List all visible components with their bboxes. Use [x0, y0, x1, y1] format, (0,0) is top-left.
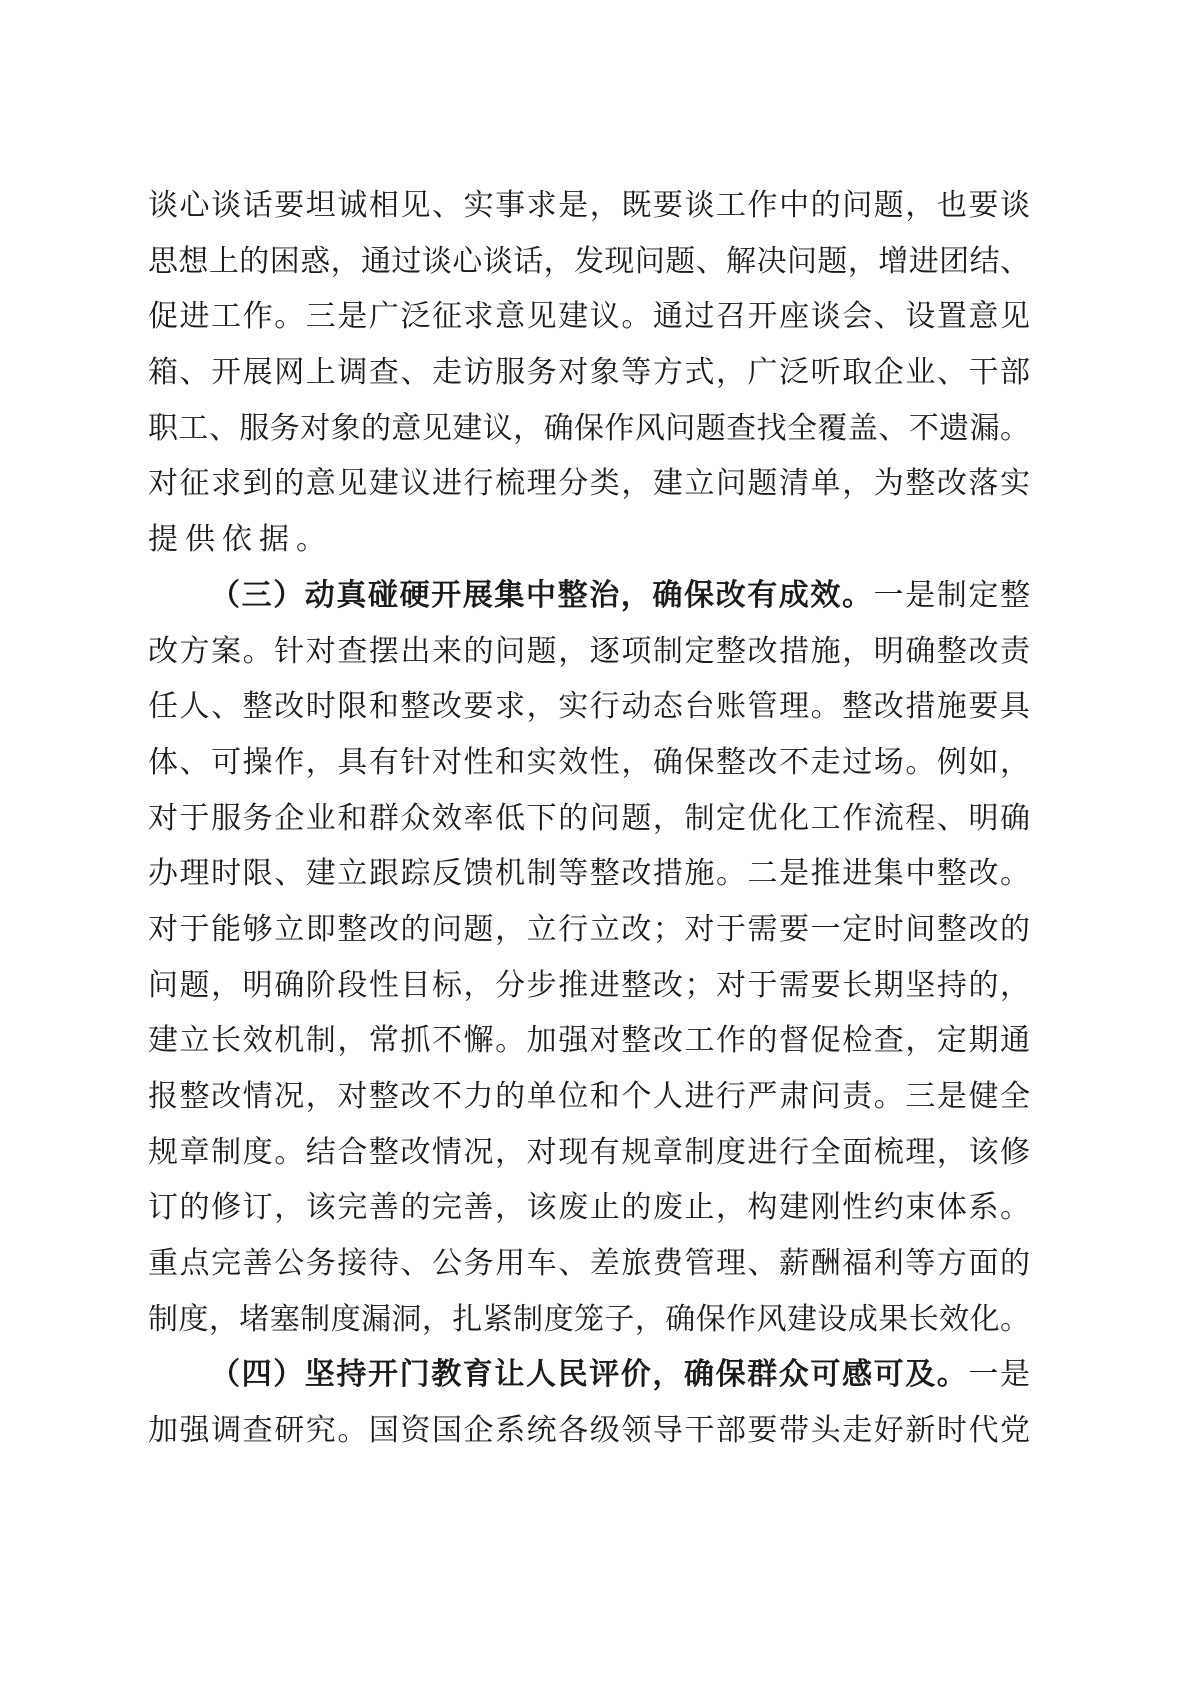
document-page: 谈心谈话要坦诚相见、实事求是，既要谈工作中的问题，也要谈思想上的困惑，通过谈心谈… [0, 0, 1190, 1683]
body-text-run: 体、可操作，具有针对性和实效性，确保整改不走过场。例如， [148, 746, 1030, 779]
body-text-run: 重点完善公务接待、公务用车、差旅费管理、薪酬福利等方面的 [148, 1247, 1030, 1280]
text-line: 提供依据。 [148, 512, 1030, 568]
text-line: 重点完善公务接待、公务用车、差旅费管理、薪酬福利等方面的 [148, 1236, 1030, 1292]
text-line: 思想上的困惑，通过谈心谈话，发现问题、解决问题，增进团结、 [148, 234, 1030, 290]
text-line: 箱、开展网上调查、走访服务对象等方式，广泛听取企业、干部 [148, 345, 1030, 401]
section-heading: （四）坚持开门教育让人民评价，确保群众可感可及。 [210, 1358, 968, 1391]
body-text-run: 谈心谈话要坦诚相见、实事求是，既要谈工作中的问题，也要谈 [148, 189, 1030, 222]
body-text-run: 订的修订，该完善的完善，该废止的废止，构建刚性约束体系。 [148, 1191, 1030, 1224]
text-line: 促进工作。三是广泛征求意见建议。通过召开座谈会、设置意见 [148, 289, 1030, 345]
body-text-run: 对征求到的意见建议进行梳理分类，建立问题清单，为整改落实 [148, 467, 1030, 500]
text-line: 订的修订，该完善的完善，该废止的废止，构建刚性约束体系。 [148, 1180, 1030, 1236]
body-text-run: 一是 [968, 1358, 1030, 1391]
body-text-run: 建立长效机制，常抓不懈。加强对整改工作的督促检查，定期通 [148, 1024, 1030, 1057]
text-line: 改方案。针对查摆出来的问题，逐项制定整改措施，明确整改责 [148, 624, 1030, 680]
text-line: 对于能够立即整改的问题，立行立改；对于需要一定时间整改的 [148, 902, 1030, 958]
body-text-run: 对于能够立即整改的问题，立行立改；对于需要一定时间整改的 [148, 913, 1030, 946]
text-line: 问题，明确阶段性目标，分步推进整改；对于需要长期坚持的， [148, 958, 1030, 1014]
text-line: 任人、整改时限和整改要求，实行动态台账管理。整改措施要具 [148, 679, 1030, 735]
body-text-run: 报整改情况，对整改不力的单位和个人进行严肃问责。三是健全 [148, 1080, 1030, 1113]
document-text-block: 谈心谈话要坦诚相见、实事求是，既要谈工作中的问题，也要谈思想上的困惑，通过谈心谈… [148, 178, 1030, 1459]
text-line: 对征求到的意见建议进行梳理分类，建立问题清单，为整改落实 [148, 456, 1030, 512]
body-text-run: 提供依据。 [148, 523, 333, 556]
body-text-run: 一是制定整 [874, 579, 1030, 612]
text-line: 制度，堵塞制度漏洞，扎紧制度笼子，确保作风建设成果长效化。 [148, 1292, 1030, 1348]
body-text-run: 促进工作。三是广泛征求意见建议。通过召开座谈会、设置意见 [148, 300, 1030, 333]
text-line: 报整改情况，对整改不力的单位和个人进行严肃问责。三是健全 [148, 1069, 1030, 1125]
text-line: 对于服务企业和群众效率低下的问题，制定优化工作流程、明确 [148, 791, 1030, 847]
body-text-run: 对于服务企业和群众效率低下的问题，制定优化工作流程、明确 [148, 802, 1030, 835]
body-text-run: 办理时限、建立跟踪反馈机制等整改措施。二是推进集中整改。 [148, 857, 1030, 890]
text-line: 谈心谈话要坦诚相见、实事求是，既要谈工作中的问题，也要谈 [148, 178, 1030, 234]
body-text-run: 规章制度。结合整改情况，对现有规章制度进行全面梳理，该修 [148, 1136, 1030, 1169]
body-text-run: 问题，明确阶段性目标，分步推进整改；对于需要长期坚持的， [148, 969, 1030, 1002]
body-text-run: 加强调查研究。国资国企系统各级领导干部要带头走好新时代党 [148, 1414, 1030, 1447]
text-line: （三）动真碰硬开展集中整治，确保改有成效。一是制定整 [148, 568, 1030, 624]
body-text-run: 任人、整改时限和整改要求，实行动态台账管理。整改措施要具 [148, 690, 1030, 723]
text-line: 办理时限、建立跟踪反馈机制等整改措施。二是推进集中整改。 [148, 846, 1030, 902]
text-line: 体、可操作，具有针对性和实效性，确保整改不走过场。例如， [148, 735, 1030, 791]
body-text-run: 箱、开展网上调查、走访服务对象等方式，广泛听取企业、干部 [148, 356, 1030, 389]
body-text-run: 职工、服务对象的意见建议，确保作风问题查找全覆盖、不遗漏。 [148, 412, 1030, 445]
section-heading: （三）动真碰硬开展集中整治，确保改有成效。 [210, 579, 874, 612]
text-line: （四）坚持开门教育让人民评价，确保群众可感可及。一是 [148, 1347, 1030, 1403]
text-line: 职工、服务对象的意见建议，确保作风问题查找全覆盖、不遗漏。 [148, 401, 1030, 457]
text-line: 规章制度。结合整改情况，对现有规章制度进行全面梳理，该修 [148, 1125, 1030, 1181]
text-line: 建立长效机制，常抓不懈。加强对整改工作的督促检查，定期通 [148, 1013, 1030, 1069]
body-text-run: 制度，堵塞制度漏洞，扎紧制度笼子，确保作风建设成果长效化。 [148, 1303, 1030, 1336]
body-text-run: 改方案。针对查摆出来的问题，逐项制定整改措施，明确整改责 [148, 635, 1030, 668]
text-line: 加强调查研究。国资国企系统各级领导干部要带头走好新时代党 [148, 1403, 1030, 1459]
body-text-run: 思想上的困惑，通过谈心谈话，发现问题、解决问题，增进团结、 [148, 245, 1030, 278]
